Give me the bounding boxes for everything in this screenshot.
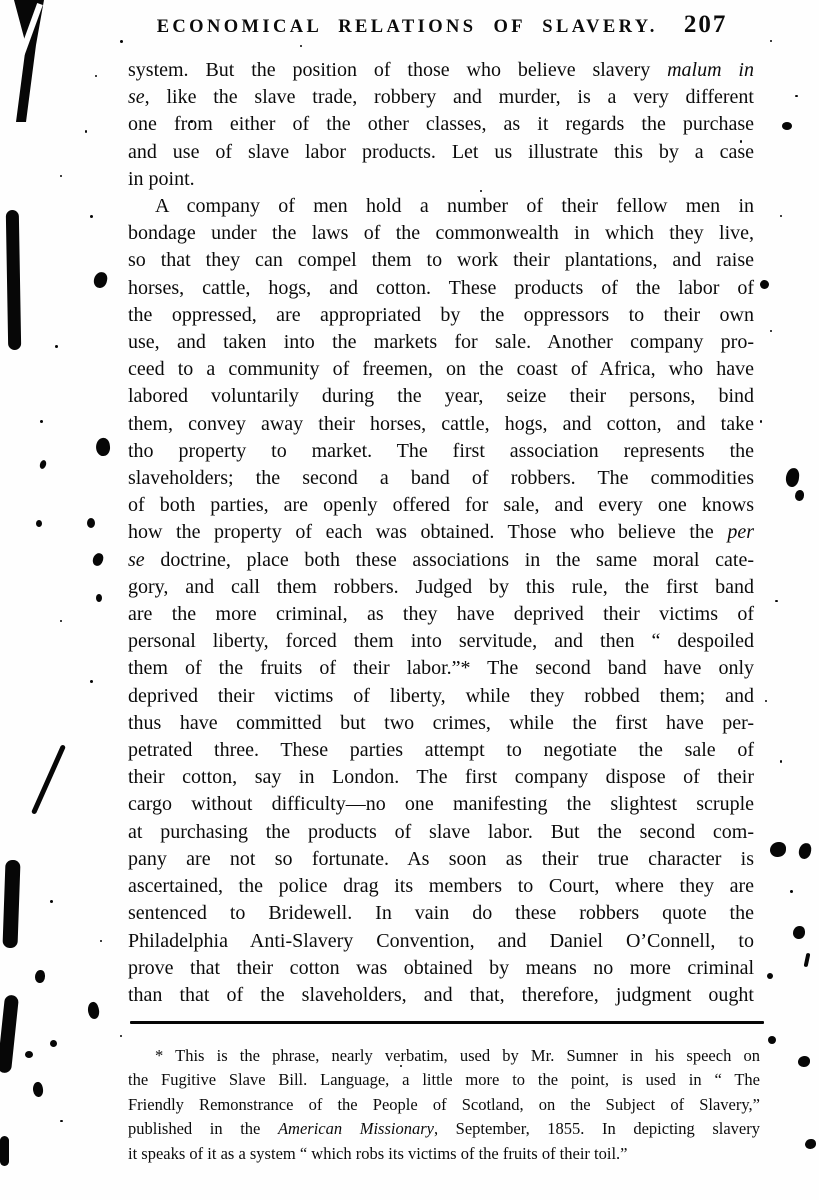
italic-text-segment: se (128, 86, 145, 108)
text-segment: of both parties, are openly offered for … (128, 494, 754, 516)
ink-speck (780, 760, 782, 763)
footnote-text: * This is the phrase, nearly verbatim, u… (128, 1044, 760, 1166)
ink-blob (805, 1139, 816, 1149)
ink-speck (780, 215, 782, 217)
text-segment: how the property of each was obtained. T… (128, 521, 727, 543)
body-text-line: the oppressed, are appropriated by the o… (128, 302, 754, 329)
body-text-line: use, and taken into the markets for sale… (128, 329, 754, 356)
ink-speck (767, 973, 773, 979)
text-segment: petrated three. These parties attempt to… (128, 739, 754, 761)
ink-speck (36, 520, 42, 527)
body-text-line: se doctrine, place both these associatio… (128, 547, 754, 574)
ink-speck (120, 1035, 122, 1037)
ink-speck (85, 130, 87, 133)
text-segment: labored voluntarily during the year, sei… (128, 385, 754, 407)
body-text-line: se, like the slave trade, robbery and mu… (128, 84, 754, 111)
ink-blob (785, 467, 800, 487)
text-segment: their cotton, say in London. The first c… (128, 766, 754, 788)
body-text-line: their cotton, say in London. The first c… (128, 764, 754, 791)
text-segment: personal liberty, forced them into servi… (128, 630, 754, 652)
body-text-line: of both parties, are openly offered for … (128, 492, 754, 519)
text-segment: are the more criminal, as they have depr… (128, 603, 754, 625)
text-segment: doctrine, place both these associations … (145, 549, 754, 571)
body-text-line: in point. (128, 166, 754, 193)
ink-blob (798, 842, 813, 860)
body-text-line: ceed to a community of freemen, on the c… (128, 356, 754, 383)
ink-speck (95, 75, 97, 77)
ink-speck (50, 1040, 57, 1047)
text-segment: A company of men hold a number of their … (155, 195, 754, 217)
ink-blob (0, 994, 19, 1073)
text-segment: , September, 1855. In depicting slavery (434, 1119, 760, 1138)
text-segment: it speaks of it as a system “ which robs… (128, 1144, 628, 1163)
ink-speck (765, 700, 767, 702)
text-segment: Friendly Remonstrance of the People of S… (128, 1095, 760, 1114)
text-segment: ceed to a community of freemen, on the c… (128, 358, 754, 380)
body-text-line: petrated three. These parties attempt to… (128, 737, 754, 764)
ink-blob (86, 1001, 100, 1020)
text-segment: deprived their victims of liberty, while… (128, 685, 754, 707)
body-text-line: gory, and call them robbers. Judged by t… (128, 574, 754, 601)
text-segment: gory, and call them robbers. Judged by t… (128, 576, 754, 598)
text-segment: one from either of the other classes, as… (128, 113, 754, 135)
body-text-line: horses, cattle, hogs, and cotton. These … (128, 275, 754, 302)
footnote-rule (130, 1021, 764, 1024)
ink-speck (782, 122, 792, 130)
body-text-line: A company of men hold a number of their … (128, 193, 754, 220)
italic-text-segment: malum in (667, 59, 754, 81)
text-segment: them, convey away their horses, cattle, … (128, 413, 754, 435)
ink-blob (0, 1136, 9, 1166)
ink-blob (95, 437, 111, 457)
scanned-book-page: ECONOMICAL RELATIONS OF SLAVERY. 207 sys… (0, 0, 819, 1200)
text-segment: horses, cattle, hogs, and cotton. These … (128, 277, 754, 299)
ink-speck (50, 900, 53, 903)
text-segment: slaveholders; the second a band of robbe… (128, 467, 754, 489)
ink-speck (55, 345, 58, 348)
ink-speck (740, 140, 742, 143)
ink-blob (93, 271, 109, 289)
ink-speck (190, 120, 193, 123)
ink-speck (39, 459, 48, 470)
ink-blob (793, 926, 805, 939)
ink-speck (480, 190, 482, 192)
body-text-line: tho property to market. The first associ… (128, 438, 754, 465)
ink-blob (770, 842, 786, 857)
body-text-line: thus have committed but two crimes, whil… (128, 710, 754, 737)
body-text-line: sentenced to Bridewell. In vain do these… (128, 900, 754, 927)
body-text-line: and use of slave labor products. Let us … (128, 139, 754, 166)
corner-ink-mark (0, 0, 60, 125)
text-segment: in point. (128, 168, 195, 190)
italic-text-segment: se (128, 549, 145, 571)
ink-speck (60, 175, 62, 177)
ink-speck (790, 890, 793, 893)
text-segment: use, and taken into the markets for sale… (128, 331, 754, 353)
text-segment: prove that their cotton was obtained by … (128, 957, 754, 979)
ink-speck (775, 600, 778, 602)
text-segment: them of the fruits of their labor.”* The… (128, 657, 754, 679)
text-segment: published in the (128, 1119, 278, 1138)
body-text-line: are the more criminal, as they have depr… (128, 601, 754, 628)
ink-blob (798, 1056, 810, 1067)
text-segment: ascertained, the police drag its members… (128, 875, 754, 897)
footnote-text-line: it speaks of it as a system “ which robs… (128, 1142, 760, 1166)
footnote-text-line: published in the American Missionary, Se… (128, 1117, 760, 1141)
ink-speck (60, 1120, 63, 1122)
ink-speck (96, 594, 102, 602)
text-segment: the Fugitive Slave Bill. Language, a lit… (128, 1070, 760, 1089)
body-text-line: than that of the slaveholders, and that,… (128, 982, 754, 1009)
running-header: ECONOMICAL RELATIONS OF SLAVERY. 207 (128, 11, 756, 39)
text-segment: Philadelphia Anti-Slavery Convention, an… (128, 930, 754, 952)
body-text: system. But the position of those who be… (128, 57, 754, 1009)
text-segment: system. But the position of those who be… (128, 59, 667, 81)
text-segment: and use of slave labor products. Let us … (128, 141, 754, 163)
body-text-line: so that they can compel them to work the… (128, 247, 754, 274)
scan-scratch (31, 744, 66, 815)
ink-speck (90, 215, 93, 218)
text-segment: so that they can compel them to work the… (128, 249, 754, 271)
ink-blob (35, 970, 45, 983)
body-text-line: one from either of the other classes, as… (128, 111, 754, 138)
body-text-line: personal liberty, forced them into servi… (128, 628, 754, 655)
ink-speck (60, 620, 62, 622)
ink-blob (795, 490, 804, 501)
page-title: ECONOMICAL RELATIONS OF SLAVERY. (157, 17, 658, 38)
body-text-line: at purchasing the products of slave labo… (128, 819, 754, 846)
text-segment: tho property to market. The first associ… (128, 440, 754, 462)
text-segment: than that of the slaveholders, and that,… (128, 984, 754, 1006)
body-text-line: them of the fruits of their labor.”* The… (128, 655, 754, 682)
body-text-line: cargo without difficulty—no one manifest… (128, 791, 754, 818)
body-text-line: system. But the position of those who be… (128, 57, 754, 84)
ink-speck (768, 1036, 776, 1044)
ink-blob (91, 552, 104, 567)
ink-speck (640, 30, 642, 32)
text-segment: sentenced to Bridewell. In vain do these… (128, 902, 754, 924)
footnote-text-line: * This is the phrase, nearly verbatim, u… (128, 1044, 760, 1068)
ink-speck (760, 420, 762, 423)
ink-speck (760, 280, 769, 289)
body-text-line: prove that their cotton was obtained by … (128, 955, 754, 982)
body-text-line: pany are not so fortunate. As soon as th… (128, 846, 754, 873)
italic-text-segment: American Missionary (278, 1119, 434, 1138)
ink-speck (770, 330, 772, 332)
body-text-line: them, convey away their horses, cattle, … (128, 411, 754, 438)
text-segment: bondage under the laws of the commonweal… (128, 222, 754, 244)
footnote-text-line: the Fugitive Slave Bill. Language, a lit… (128, 1068, 760, 1092)
ink-speck (100, 940, 102, 942)
scan-scratch (804, 953, 811, 968)
text-segment: cargo without difficulty—no one manifest… (128, 793, 754, 815)
ink-blob (32, 1081, 44, 1098)
ink-speck (770, 40, 772, 42)
text-segment: at purchasing the products of slave labo… (128, 821, 754, 843)
ink-speck (90, 680, 93, 683)
body-text-line: slaveholders; the second a band of robbe… (128, 465, 754, 492)
page-number: 207 (684, 11, 728, 39)
body-text-line: deprived their victims of liberty, while… (128, 683, 754, 710)
text-segment: * This is the phrase, nearly verbatim, u… (155, 1046, 760, 1065)
ink-blob (6, 210, 21, 350)
text-segment: the oppressed, are appropriated by the o… (128, 304, 754, 326)
body-text-line: how the property of each was obtained. T… (128, 519, 754, 546)
ink-speck (25, 1051, 33, 1058)
ink-speck (40, 420, 43, 423)
ink-speck (300, 45, 302, 47)
ink-speck (87, 518, 95, 528)
italic-text-segment: per (727, 521, 754, 543)
body-text-line: labored voluntarily during the year, sei… (128, 383, 754, 410)
ink-speck (400, 1065, 402, 1067)
body-text-line: ascertained, the police drag its members… (128, 873, 754, 900)
text-segment: , like the slave trade, robbery and murd… (145, 86, 754, 108)
body-text-line: bondage under the laws of the commonweal… (128, 220, 754, 247)
text-segment: thus have committed but two crimes, whil… (128, 712, 754, 734)
body-text-line: Philadelphia Anti-Slavery Convention, an… (128, 928, 754, 955)
ink-blob (2, 860, 20, 948)
ink-speck (795, 95, 798, 97)
footnote-text-line: Friendly Remonstrance of the People of S… (128, 1093, 760, 1117)
text-segment: pany are not so fortunate. As soon as th… (128, 848, 754, 870)
ink-speck (120, 40, 123, 43)
